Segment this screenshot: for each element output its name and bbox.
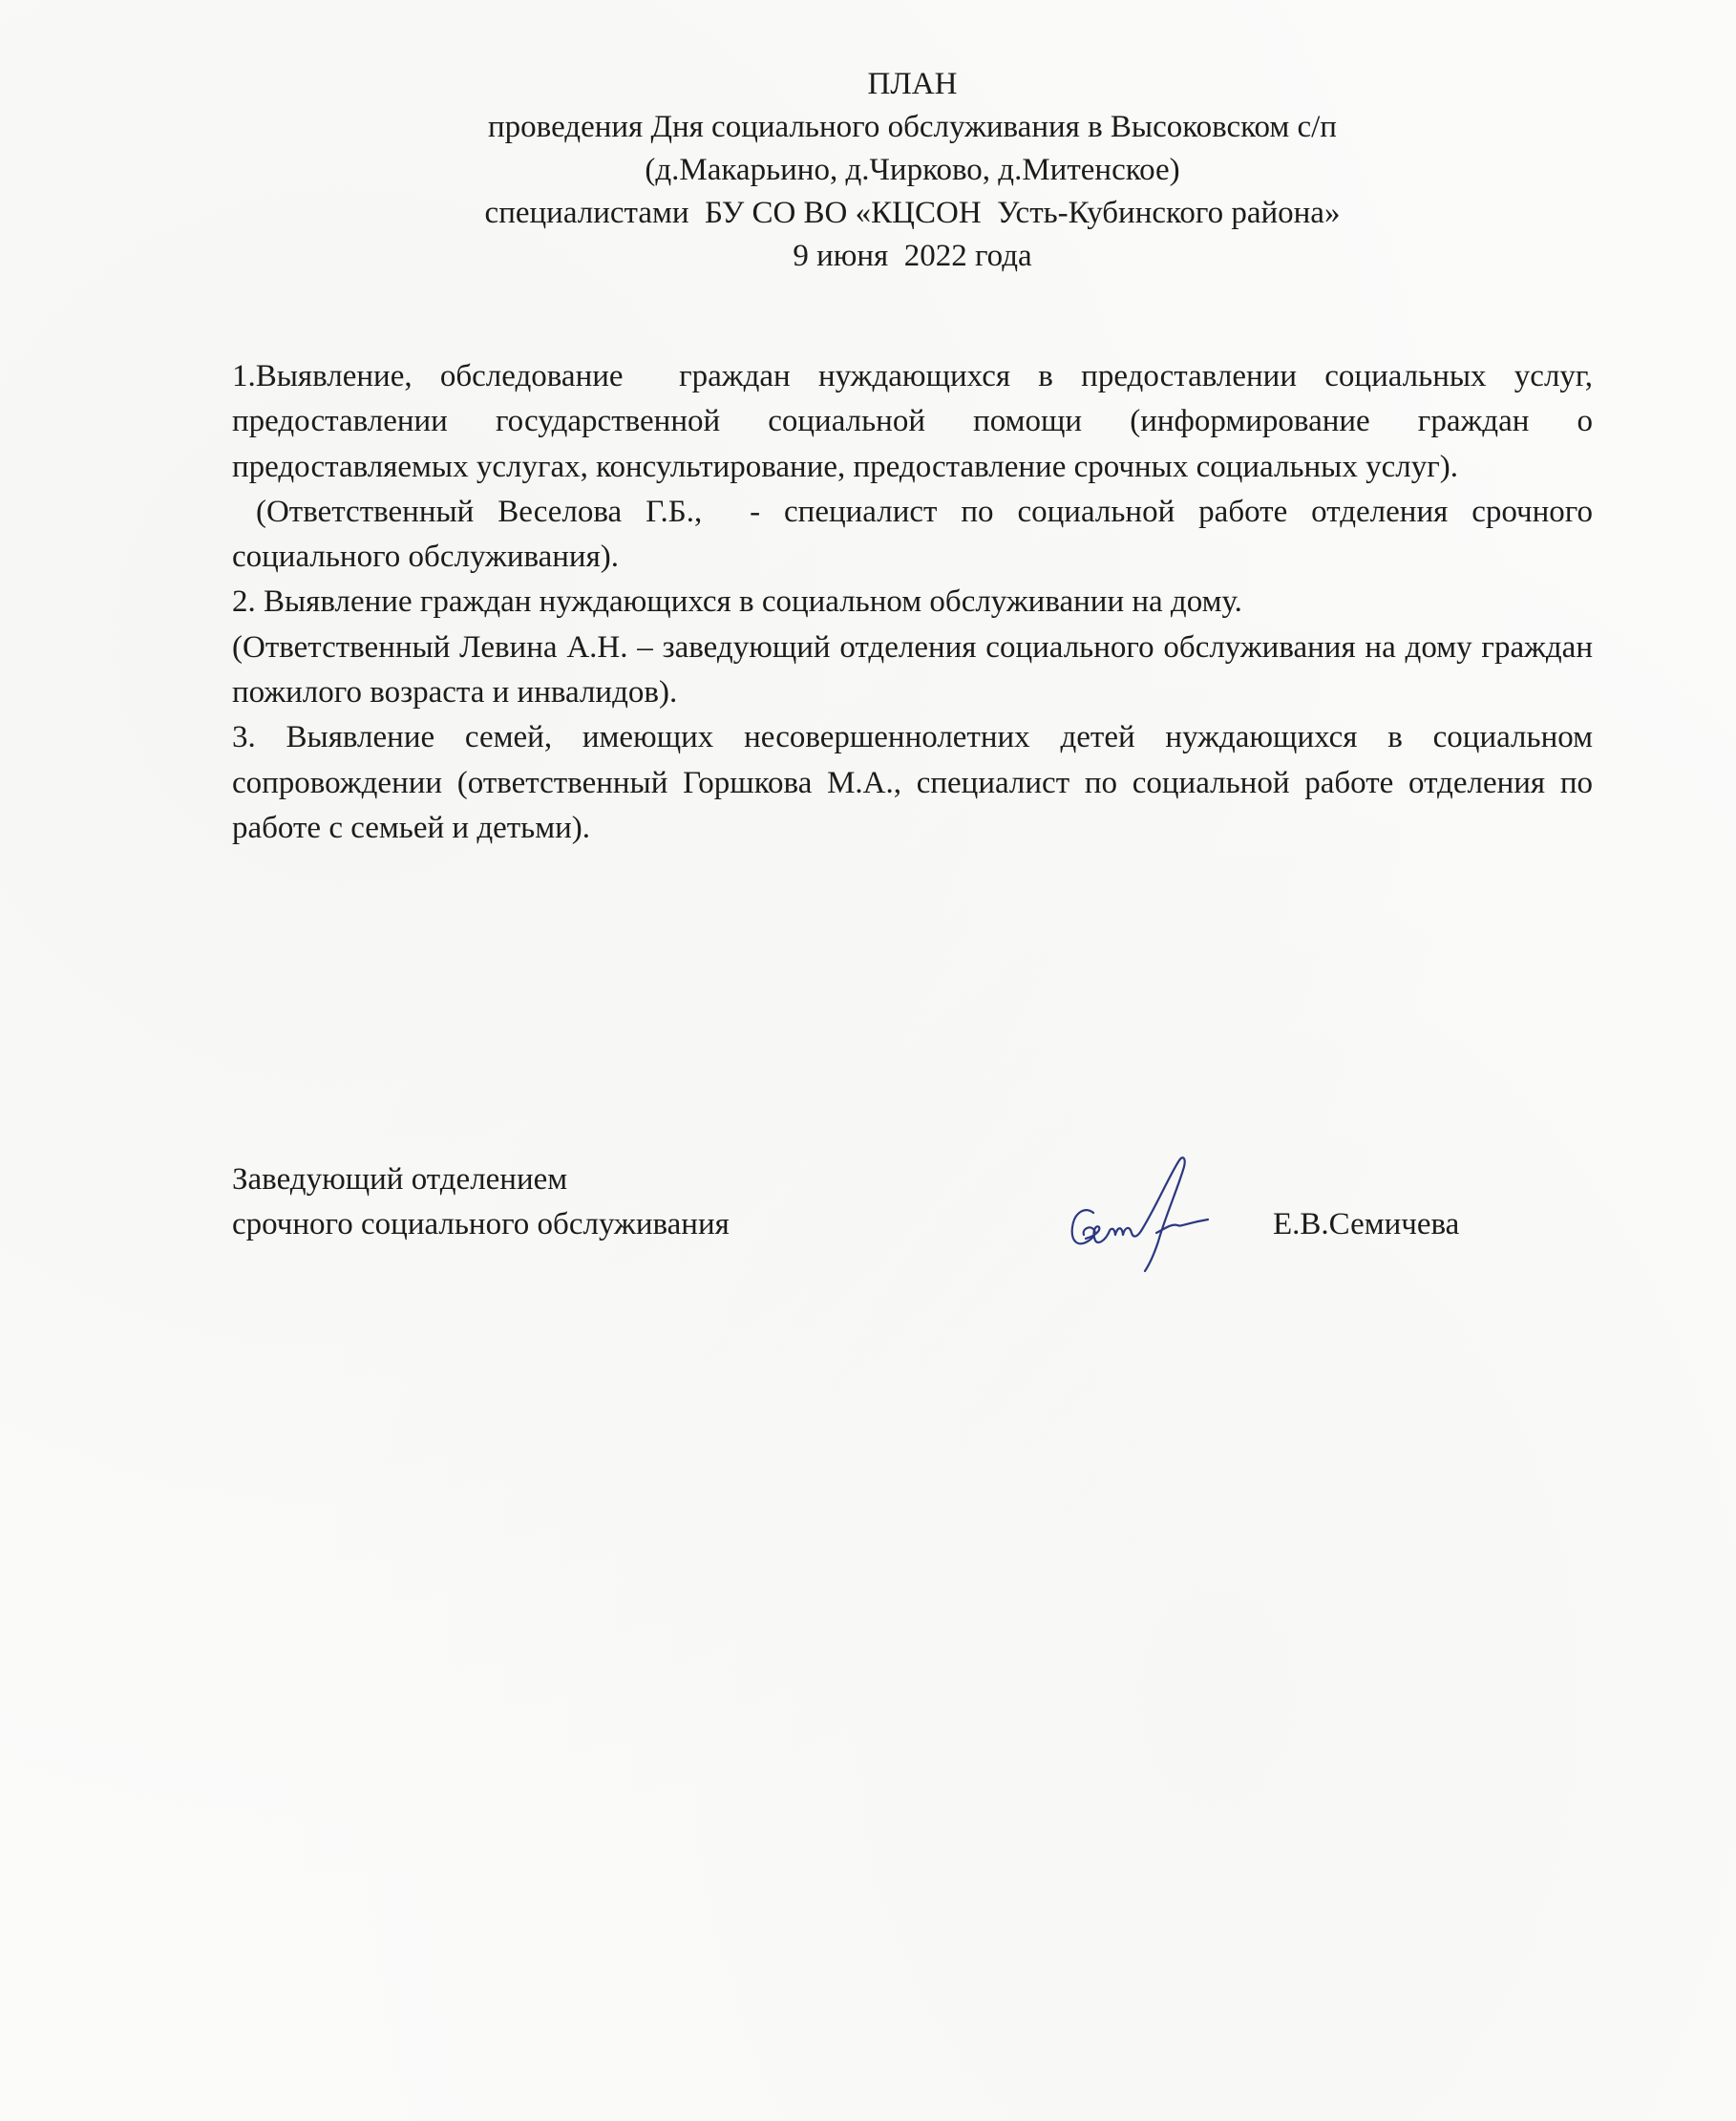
document-title: ПЛАН — [232, 63, 1593, 106]
signer-position: Заведующий отделением срочного социально… — [232, 1157, 730, 1247]
signer-name: Е.В.Семичева — [1273, 1202, 1459, 1247]
document-header: ПЛАН проведения Дня социального обслужив… — [232, 63, 1593, 278]
plan-item-2-responsible: (Ответственный Левина А.Н. – заведующий … — [232, 626, 1593, 716]
signer-position-line-1: Заведующий отделением — [232, 1157, 730, 1202]
subtitle-organization: специалистами БУ СО ВО «КЦСОН Усть-Кубин… — [232, 192, 1593, 235]
signer-position-line-2: срочного социального обслуживания — [232, 1202, 730, 1247]
plan-item-1-responsible: (Ответственный Веселова Г.Б., - специали… — [232, 490, 1593, 581]
plan-item-2-text: 2. Выявление граждан нуждающихся в социа… — [232, 580, 1593, 625]
paper-background — [0, 0, 1736, 2121]
plan-item-1-text: 1.Выявление, обследование граждан нуждаю… — [232, 354, 1593, 490]
subtitle-villages: (д.Макарьино, д.Чирково, д.Митенское) — [232, 149, 1593, 192]
plan-item-3-text: 3. Выявление семей, имеющих несовершенно… — [232, 715, 1593, 851]
subtitle-date: 9 июня 2022 года — [232, 235, 1593, 278]
handwritten-signature-icon — [1065, 1151, 1237, 1275]
plan-items: 1.Выявление, обследование граждан нуждаю… — [232, 354, 1593, 851]
subtitle-line-1: проведения Дня социального обслуживания … — [232, 106, 1593, 149]
